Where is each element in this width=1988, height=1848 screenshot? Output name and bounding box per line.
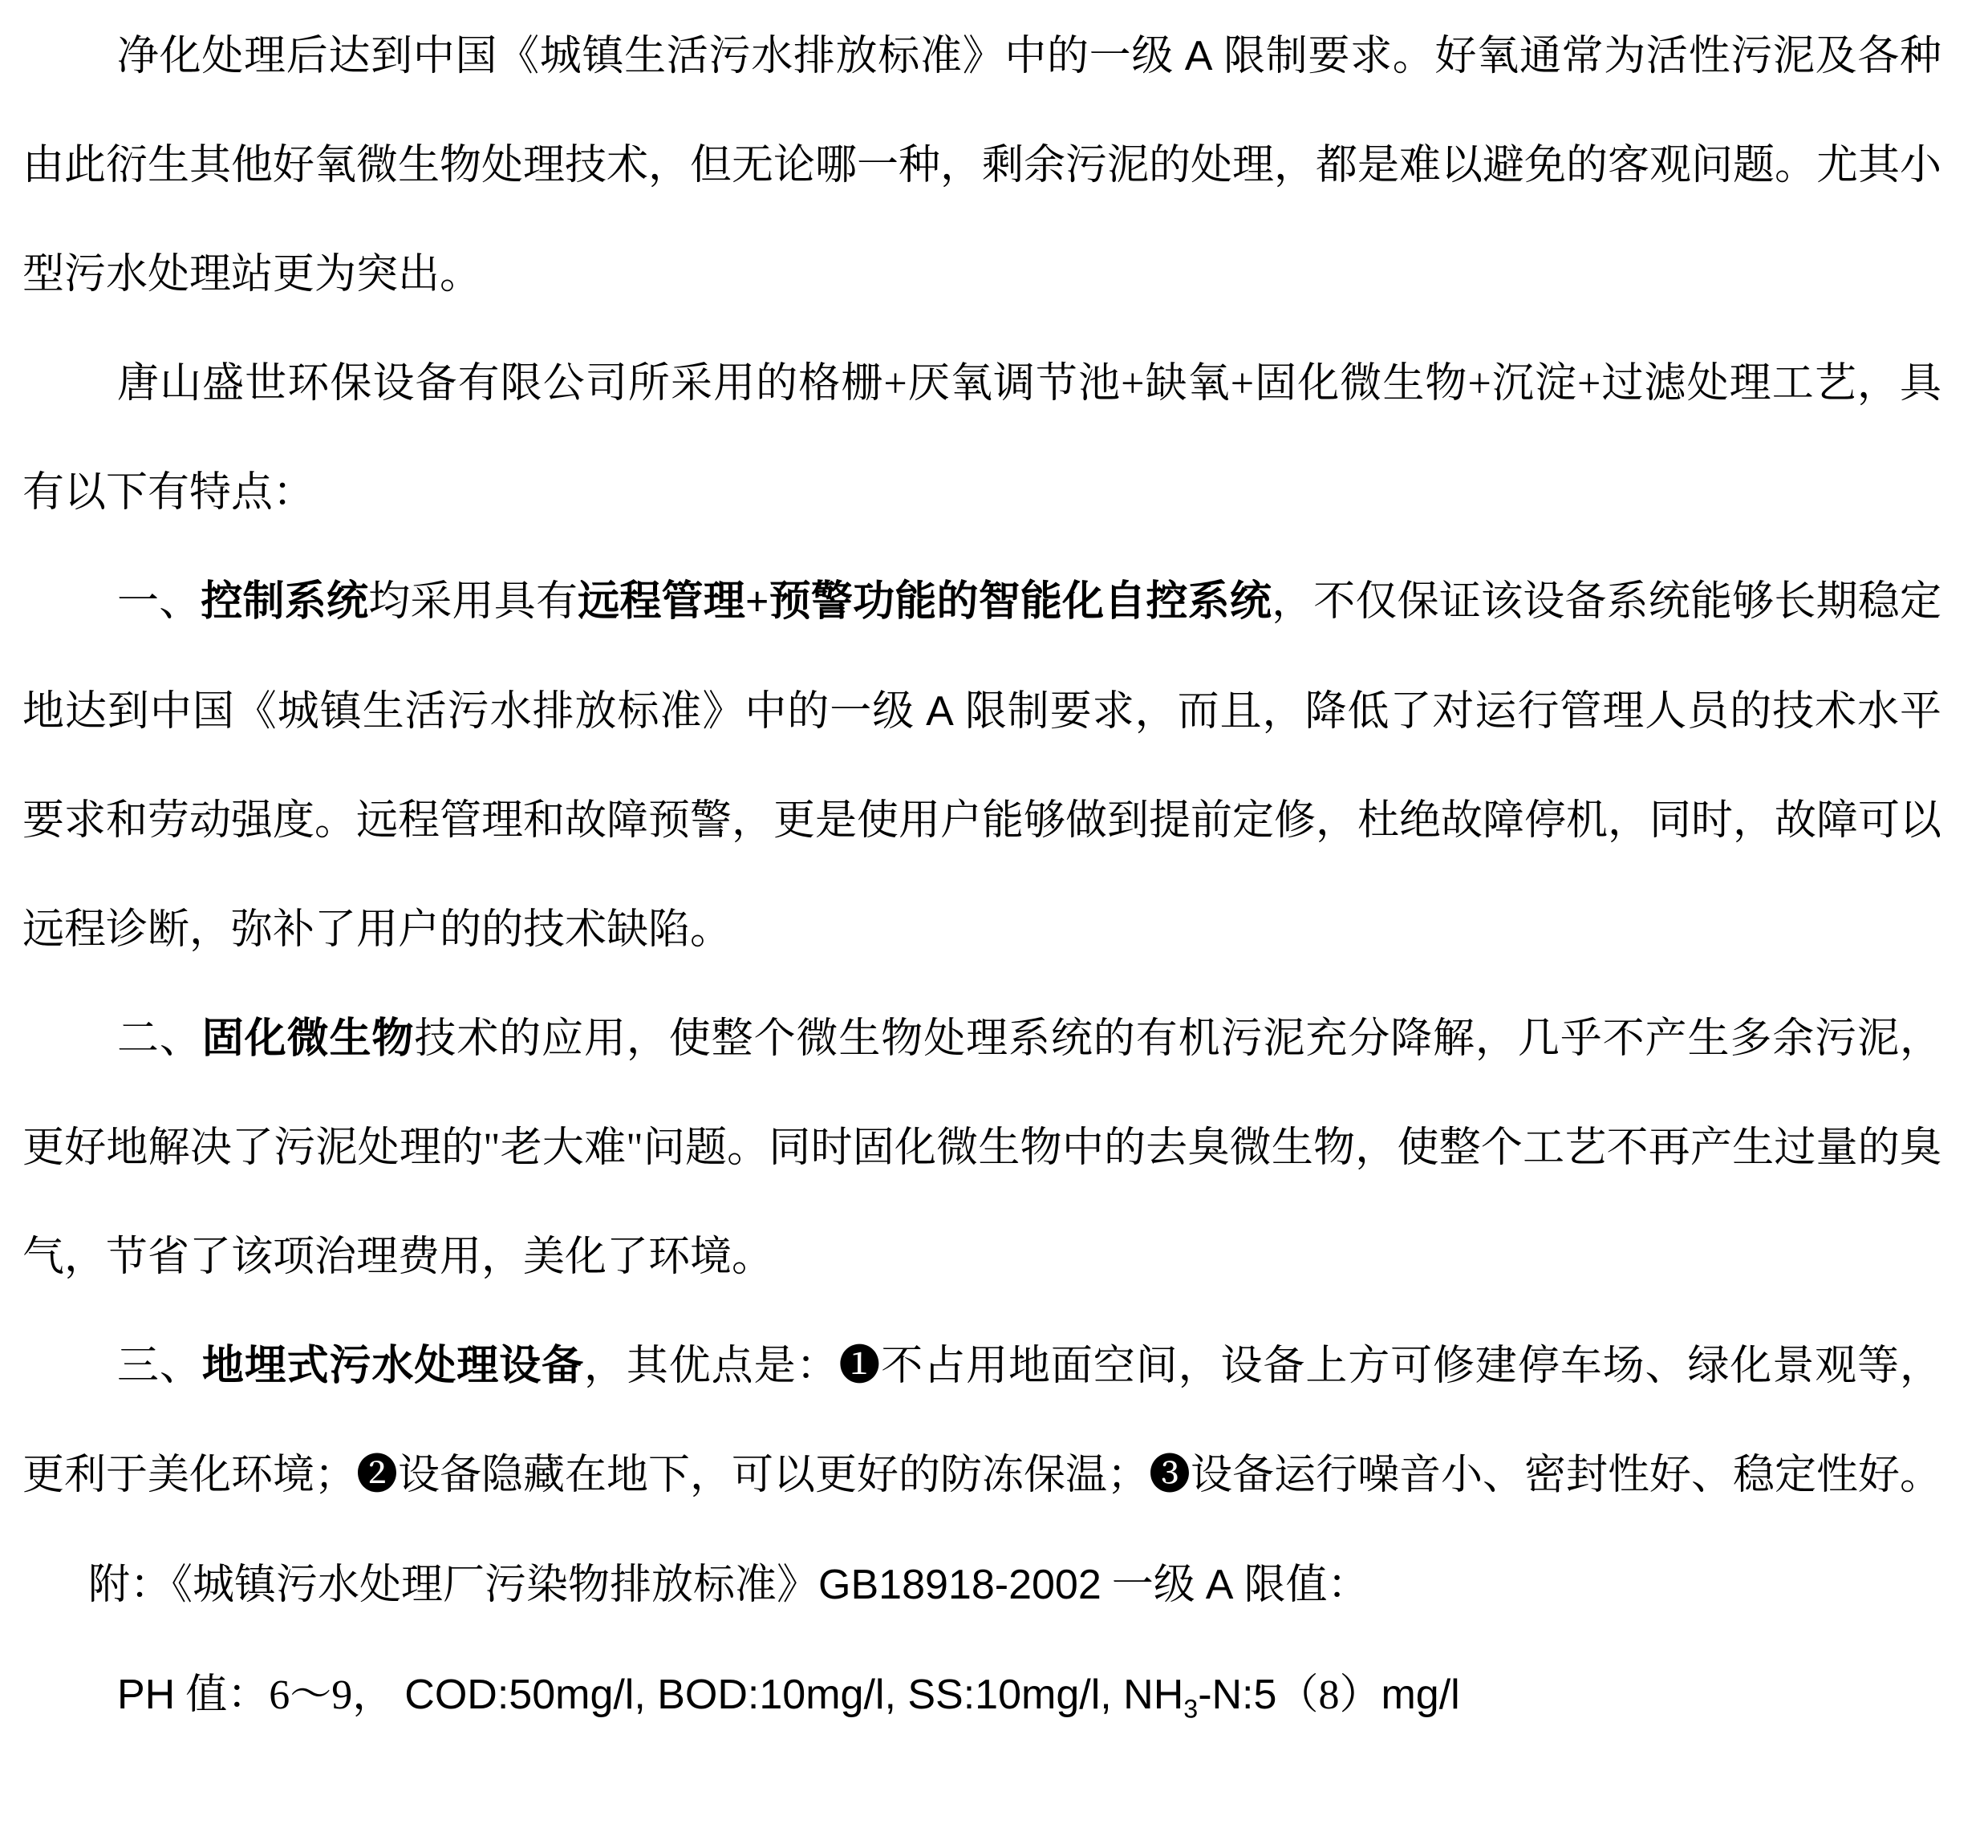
text-run: 三、 bbox=[117, 1343, 202, 1389]
paragraph-intro: 净化处理后达到中国《城镇生活污水排放标准》中的一级 A 限制要求。好氧通常为活性… bbox=[22, 2, 1941, 330]
paragraph-standard-reference: 附：《城镇污水处理厂污染物排放标准》GB18918-2002 一级 A 限值： bbox=[22, 1530, 1941, 1640]
latin-run: mg/l bbox=[1381, 1672, 1459, 1718]
paragraph-feature-2-immobilized-microbes: 二、固化微生物技术的应用，使整个微生物处理系统的有机污泥充分降解，几乎不产生多余… bbox=[22, 985, 1941, 1312]
paragraph-feature-1-control-system: 一、控制系统均采用具有远程管理+预警功能的智能化自控系统，不仅保证该设备系统能够… bbox=[22, 548, 1941, 985]
text-run: 限值： bbox=[1233, 1562, 1369, 1608]
text-run: 均采用具有 bbox=[368, 579, 578, 625]
text-run: 二、 bbox=[117, 1016, 202, 1062]
paragraph-process: 唐山盛世环保设备有限公司所采用的格栅+厌氧调节池+缺氧+固化微生物+沉淀+过滤处… bbox=[22, 330, 1941, 548]
bold-run: 地埋式污水处理设备 bbox=[202, 1343, 584, 1389]
document-page: 净化处理后达到中国《城镇生活污水排放标准》中的一级 A 限制要求。好氧通常为活性… bbox=[0, 0, 1988, 1848]
bold-run: 固化微生物 bbox=[202, 1016, 415, 1062]
bold-run: 远程管理+预警功能的智能化自控系统 bbox=[578, 579, 1272, 625]
latin-run: PH bbox=[117, 1672, 175, 1718]
text-run: 一级 bbox=[1102, 1562, 1206, 1608]
paragraph-feature-3-buried-equipment: 三、地埋式污水处理设备，其优点是：❶不占用地面空间，设备上方可修建停车场、绿化景… bbox=[22, 1312, 1941, 1530]
text-run: 6～9， bbox=[269, 1672, 404, 1718]
text-run: 附：《城镇污水处理厂污染物排放标准》 bbox=[88, 1562, 818, 1608]
latin-run: A bbox=[1185, 33, 1213, 79]
latin-run: GB18918-2002 bbox=[818, 1562, 1102, 1608]
latin-run: A bbox=[926, 688, 954, 735]
latin-run: -N:5 bbox=[1198, 1672, 1276, 1718]
latin-run: A bbox=[1206, 1562, 1234, 1608]
text-run: 唐山盛世环保设备有限公司所采用的格栅+厌氧调节池+缺氧+固化微生物+沉淀+过滤处… bbox=[22, 361, 1941, 516]
text-run: 净化处理后达到中国《城镇生活污水排放标准》中的一级 bbox=[117, 34, 1185, 79]
text-run: 一、 bbox=[117, 579, 201, 625]
latin-run: COD:50mg/l, BOD:10mg/l, SS:10mg/l, NH bbox=[404, 1672, 1183, 1718]
text-run: 值： bbox=[175, 1672, 269, 1718]
subscript-run: 3 bbox=[1183, 1694, 1198, 1723]
text-run: （8） bbox=[1276, 1672, 1381, 1718]
bold-run: 控制系统 bbox=[201, 579, 368, 625]
paragraph-limit-values: PH 值：6～9， COD:50mg/l, BOD:10mg/l, SS:10m… bbox=[22, 1640, 1941, 1750]
